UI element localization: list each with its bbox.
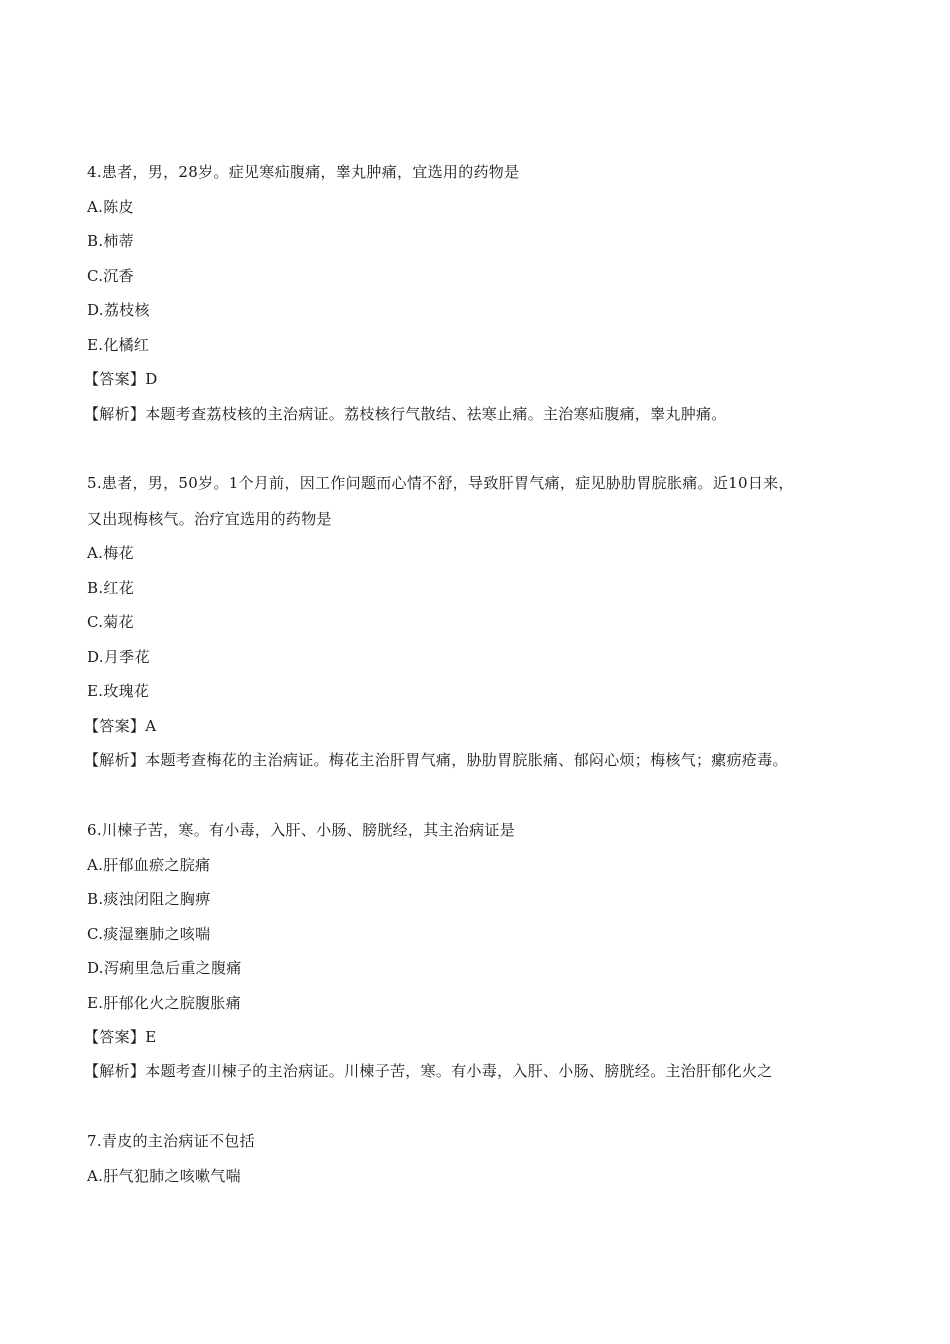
question-4-stem: 4.患者，男，28岁。症见寒疝腹痛，睾丸肿痛，宜选用的药物是: [87, 162, 519, 182]
question-4-answer: 【答案】D: [84, 369, 158, 389]
question-6-analysis: 【解析】本题考查川楝子的主治病证。川楝子苦，寒。有小毒，入肝、小肠、膀胱经。主治…: [84, 1061, 773, 1081]
question-6-option-c: C.痰湿壅肺之咳喘: [87, 924, 210, 944]
question-5-stem-line-1: 5.患者，男，50岁。1个月前，因工作问题而心情不舒，导致肝胃气痛，症见胁肋胃脘…: [87, 473, 794, 493]
question-6-answer: 【答案】E: [84, 1027, 156, 1047]
question-5-analysis: 【解析】本题考查梅花的主治病证。梅花主治肝胃气痛，胁肋胃脘胀痛、郁闷心烦；梅核气…: [84, 750, 788, 770]
question-4-option-e: E.化橘红: [87, 335, 149, 355]
question-5-option-a: A.梅花: [87, 543, 134, 563]
document-page: 4.患者，男，28岁。症见寒疝腹痛，睾丸肿痛，宜选用的药物是 A.陈皮 B.柿蒂…: [0, 0, 950, 1344]
question-6-option-d: D.泻痢里急后重之腹痛: [87, 958, 242, 978]
question-5-stem-line-2: 又出现梅核气。治疗宜选用的药物是: [87, 509, 332, 529]
question-5-option-e: E.玫瑰花: [87, 681, 149, 701]
question-6-stem: 6.川楝子苦，寒。有小毒，入肝、小肠、膀胱经，其主治病证是: [87, 820, 515, 840]
question-5-answer: 【答案】A: [84, 716, 156, 736]
question-4-analysis: 【解析】本题考查荔枝核的主治病证。荔枝核行气散结、祛寒止痛。主治寒疝腹痛，睾丸肿…: [84, 404, 727, 424]
question-5-option-d: D.月季花: [87, 647, 150, 667]
question-4-option-a: A.陈皮: [87, 197, 134, 217]
question-5-option-b: B.红花: [87, 578, 134, 598]
question-4-option-b: B.柿蒂: [87, 231, 134, 251]
question-6-option-b: B.痰浊闭阻之胸痹: [87, 889, 211, 909]
question-7-option-a: A.肝气犯肺之咳嗽气喘: [87, 1166, 241, 1186]
question-4-option-d: D.荔枝核: [87, 300, 150, 320]
question-4-option-c: C.沉香: [87, 266, 134, 286]
question-6-option-e: E.肝郁化火之脘腹胀痛: [87, 993, 241, 1013]
question-6-option-a: A.肝郁血瘀之脘痛: [87, 855, 210, 875]
question-5-option-c: C.菊花: [87, 612, 134, 632]
question-7-stem: 7.青皮的主治病证不包括: [87, 1131, 255, 1151]
